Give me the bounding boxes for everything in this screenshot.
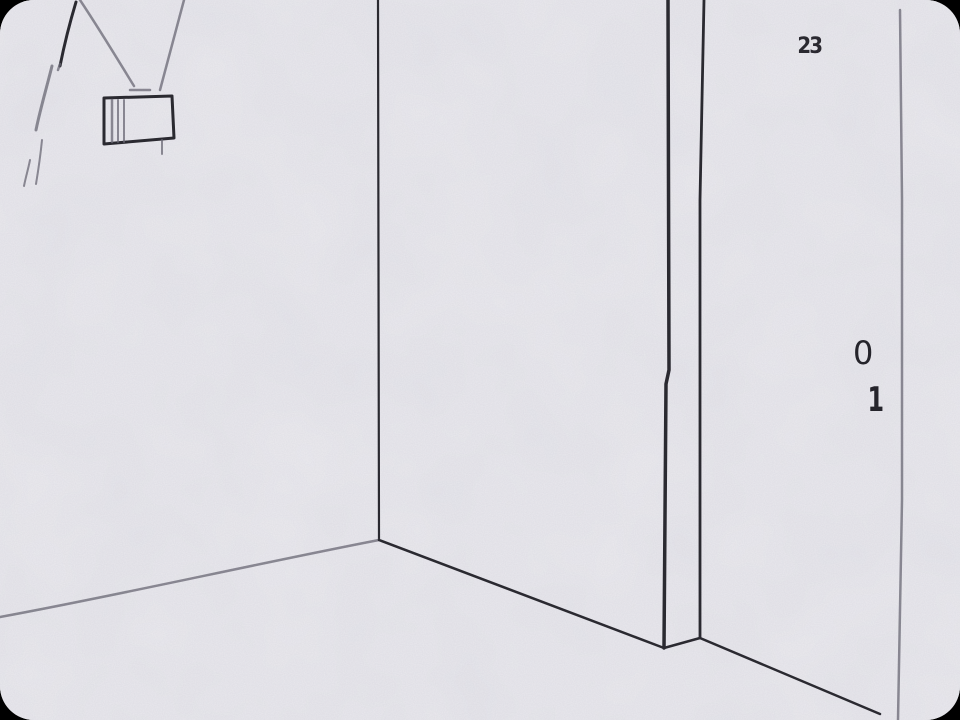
hanging-box: [24, 0, 184, 186]
room-corner: [0, 0, 664, 648]
scene-frame: 23 0 1: [0, 0, 960, 720]
switch-on-label: 1: [868, 380, 885, 420]
switch-off-label: 0: [853, 334, 873, 372]
door-number-label: 23: [797, 34, 821, 59]
sketch-drawing: [0, 0, 960, 720]
